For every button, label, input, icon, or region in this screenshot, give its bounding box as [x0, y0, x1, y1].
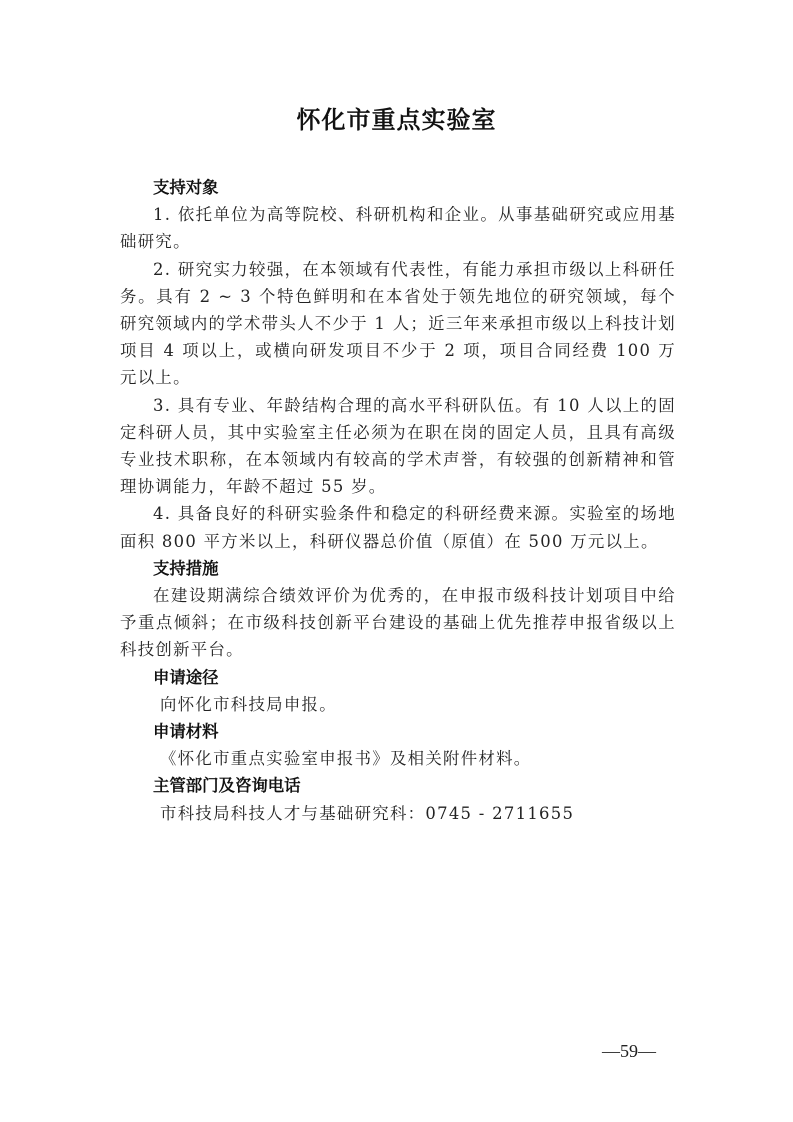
section-heading: 支持对象	[120, 174, 676, 201]
section-support-measures: 支持措施 在建设期满综合绩效评价为优秀的，在申报市级科技计划项目中给予重点倾斜；…	[120, 555, 676, 664]
section-heading: 主管部门及咨询电话	[120, 772, 676, 799]
section-department-contact: 主管部门及咨询电话 市科技局科技人才与基础研究科：0745 - 2711655	[120, 772, 676, 826]
paragraph: 《怀化市重点实验室申报书》及相关附件材料。	[120, 745, 676, 772]
contact-paragraph: 市科技局科技人才与基础研究科：0745 - 2711655	[120, 800, 676, 827]
page-title: 怀化市重点实验室	[0, 100, 793, 135]
section-support-targets: 支持对象 1. 依托单位为高等院校、科研机构和企业。从事基础研究或应用基础研究。…	[120, 174, 676, 555]
paragraph: 在建设期满综合绩效评价为优秀的，在申报市级科技计划项目中给予重点倾斜；在市级科技…	[120, 582, 676, 664]
section-heading: 支持措施	[120, 555, 676, 582]
paragraph: 4. 具备良好的科研实验条件和稳定的科研经费来源。实验室的场地面积 800 平方…	[120, 500, 676, 554]
section-application-channel: 申请途径 向怀化市科技局申报。	[120, 664, 676, 718]
section-heading: 申请途径	[120, 664, 676, 691]
paragraph: 2. 研究实力较强，在本领域有代表性，有能力承担市级以上科研任务。具有 2 ~ …	[120, 256, 676, 392]
section-heading: 申请材料	[120, 718, 676, 745]
page-number: —59—	[602, 1041, 656, 1062]
document-page: 怀化市重点实验室 支持对象 1. 依托单位为高等院校、科研机构和企业。从事基础研…	[0, 0, 793, 1122]
paragraph: 3. 具有专业、年龄结构合理的高水平科研队伍。有 10 人以上的固定科研人员，其…	[120, 392, 676, 501]
paragraph: 1. 依托单位为高等院校、科研机构和企业。从事基础研究或应用基础研究。	[120, 201, 676, 255]
paragraph: 向怀化市科技局申报。	[120, 691, 676, 718]
document-body: 支持对象 1. 依托单位为高等院校、科研机构和企业。从事基础研究或应用基础研究。…	[120, 174, 676, 827]
section-application-materials: 申请材料 《怀化市重点实验室申报书》及相关附件材料。	[120, 718, 676, 772]
